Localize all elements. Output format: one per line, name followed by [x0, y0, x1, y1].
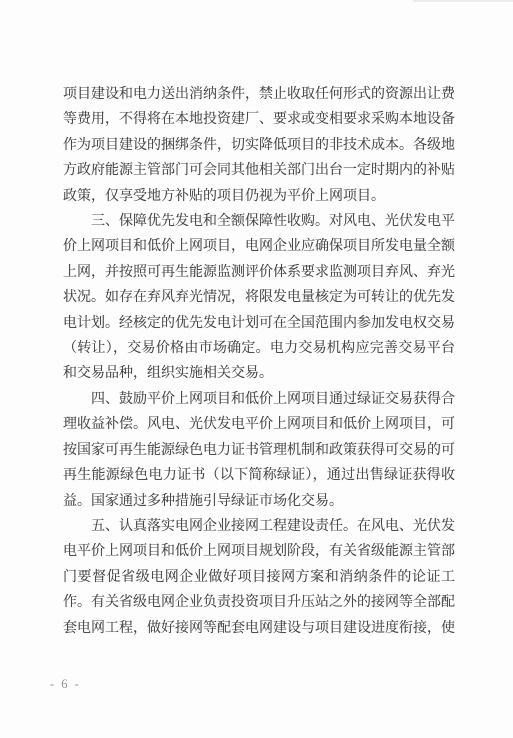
document-body: 项目建设和电力送出消纳条件，禁止收取任何形式的资源出让费等费用，不得将在本地投资… [63, 82, 455, 641]
page-number: - 6 - [50, 677, 81, 692]
body-paragraph-section-4: 四、鼓励平价上网项目和低价上网项目通过绿证交易获得合理收益补偿。风电、光伏发电平… [63, 387, 455, 514]
body-paragraph-continuation: 项目建设和电力送出消纳条件，禁止收取任何形式的资源出让费等费用，不得将在本地投资… [63, 82, 455, 209]
document-page: 项目建设和电力送出消纳条件，禁止收取任何形式的资源出让费等费用，不得将在本地投资… [0, 0, 513, 738]
scan-artifact-line [413, 0, 513, 2]
body-paragraph-section-5: 五、认真落实电网企业接网工程建设责任。在风电、光伏发电平价上网项目和低价上网项目… [63, 514, 455, 641]
body-paragraph-section-3: 三、保障优先发电和全额保障性收购。对风电、光伏发电平价上网项目和低价上网项目，电… [63, 209, 455, 387]
